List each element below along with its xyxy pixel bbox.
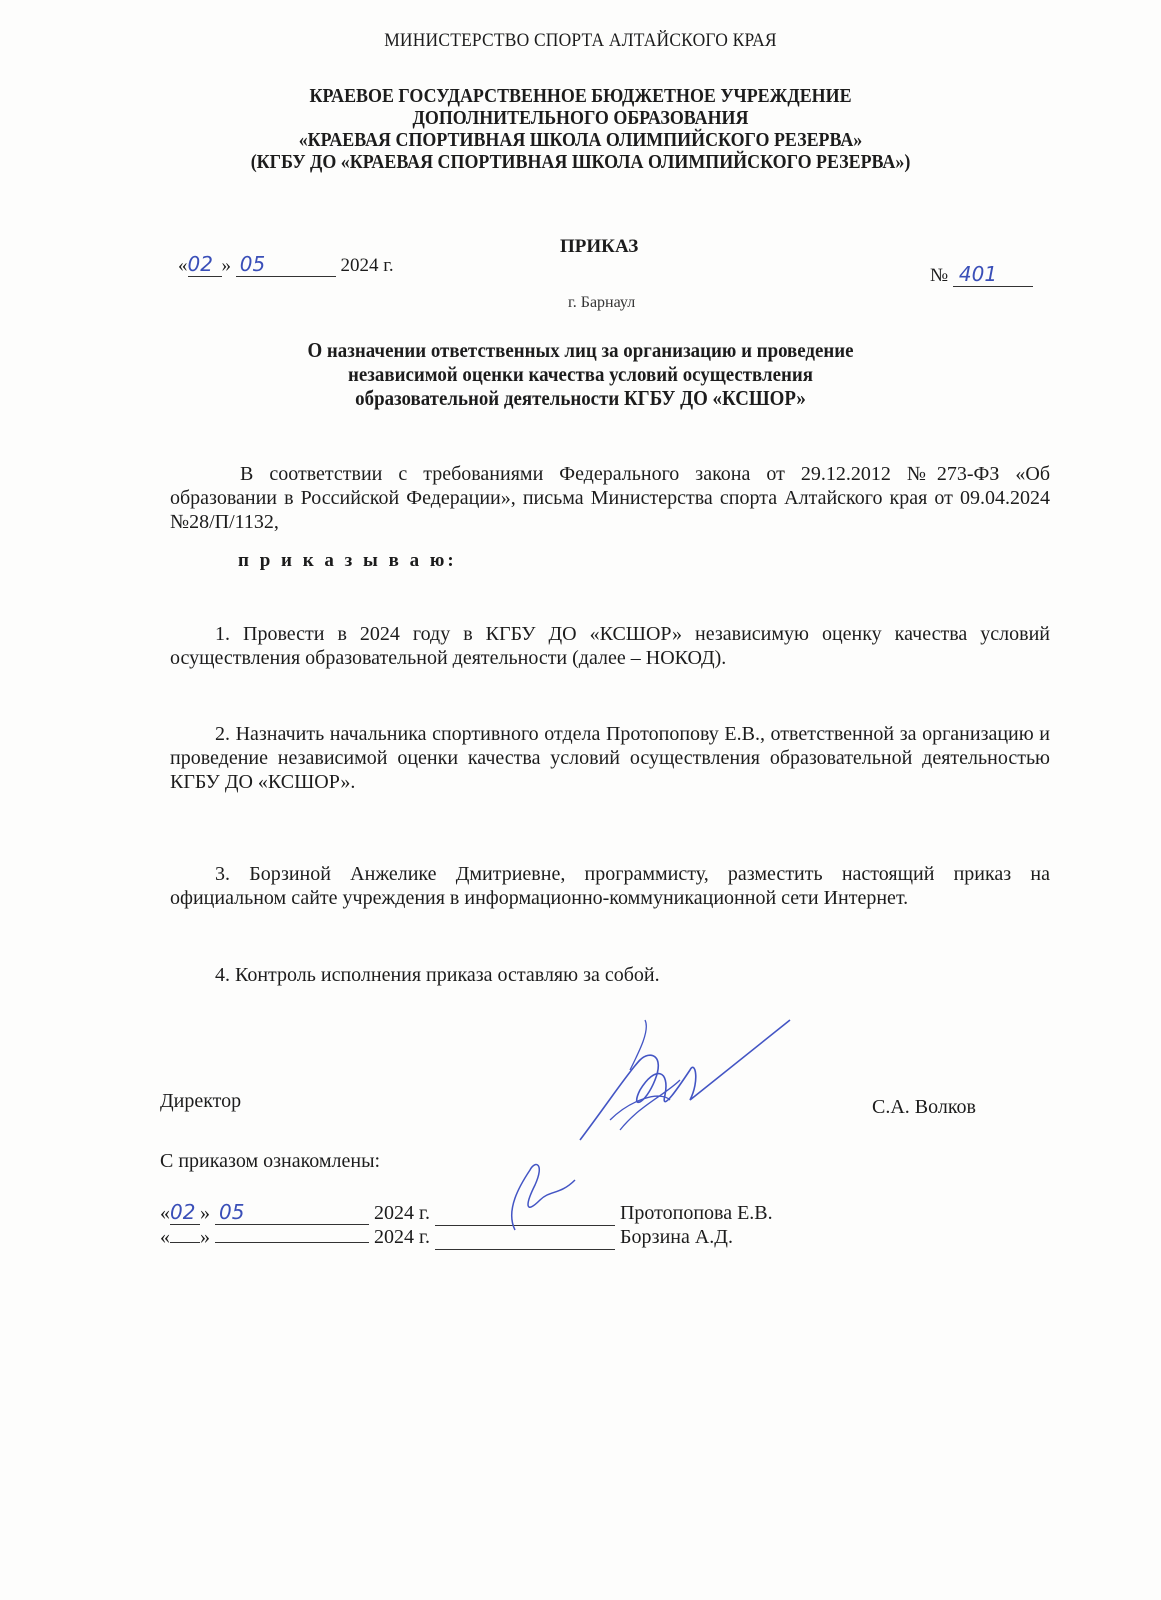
- signer-position: Директор: [160, 1090, 241, 1113]
- date-month: 05: [236, 252, 336, 277]
- order-number: № 401: [930, 262, 1033, 287]
- order-item-2: 2. Назначить начальника спортивного отде…: [170, 722, 1050, 794]
- order-date: «02» 05 2024 г.: [178, 252, 394, 277]
- acknowledgement-row: «02» 05 2024 г. Протопопова Е.В.: [160, 1200, 773, 1226]
- ack-signature-icon: [495, 1155, 585, 1235]
- ack-name: Борзина А.Д.: [620, 1226, 733, 1248]
- acknowledgement-label: С приказом ознакомлены:: [160, 1150, 380, 1173]
- ack-day: [170, 1242, 200, 1243]
- ack-name: Протопопова Е.В.: [620, 1202, 773, 1224]
- org-line: КРАЕВОЕ ГОСУДАРСТВЕННОЕ БЮДЖЕТНОЕ УЧРЕЖД…: [46, 86, 1114, 108]
- ack-day: 02: [170, 1200, 200, 1225]
- acknowledgement-row: «» 2024 г. Борзина А.Д.: [160, 1226, 733, 1250]
- director-signature-icon: [570, 1010, 810, 1150]
- city: г. Барнаул: [568, 294, 635, 312]
- document-type: ПРИКАЗ: [560, 236, 638, 258]
- ack-month: 05: [215, 1200, 369, 1225]
- date-year: 2024 г.: [341, 255, 394, 276]
- title-line: образовательной деятельности КГБУ ДО «КС…: [58, 386, 1103, 410]
- title-line: О назначении ответственных лиц за органи…: [58, 338, 1103, 362]
- signer-name: С.А. Волков: [872, 1096, 976, 1119]
- org-line: ДОПОЛНИТЕЛЬНОГО ОБРАЗОВАНИЯ: [46, 108, 1114, 130]
- order-word: п р и к а з ы в а ю:: [238, 550, 457, 572]
- number-value: 401: [953, 262, 1033, 287]
- intro-text: В соответствии с требованиями Федерально…: [170, 462, 1050, 534]
- intro-paragraph: В соответствии с требованиями Федерально…: [170, 462, 1050, 534]
- org-line: (КГБУ ДО «КРАЕВАЯ СПОРТИВНАЯ ШКОЛА ОЛИМП…: [46, 152, 1114, 174]
- order-item-1: 1. Провести в 2024 году в КГБУ ДО «КСШОР…: [170, 622, 1050, 670]
- organization-name: КРАЕВОЕ ГОСУДАРСТВЕННОЕ БЮДЖЕТНОЕ УЧРЕЖД…: [46, 86, 1114, 174]
- ministry-name: МИНИСТЕРСТВО СПОРТА АЛТАЙСКОГО КРАЯ: [46, 30, 1114, 52]
- order-item-3: 3. Борзиной Анжелике Дмитриевне, програм…: [170, 862, 1050, 910]
- org-line: «КРАЕВАЯ СПОРТИВНАЯ ШКОЛА ОЛИМПИЙСКОГО Р…: [46, 130, 1114, 152]
- ack-signature-line: [435, 1226, 615, 1250]
- order-title: О назначении ответственных лиц за органи…: [58, 338, 1103, 410]
- date-day: 02: [188, 252, 222, 277]
- ack-year: 2024 г.: [374, 1202, 430, 1224]
- title-line: независимой оценки качества условий осущ…: [58, 362, 1103, 386]
- order-item-4: 4. Контроль исполнения приказа оставляю …: [170, 963, 1050, 987]
- ack-year: 2024 г.: [374, 1226, 430, 1248]
- number-label: №: [930, 265, 948, 286]
- ack-month: [215, 1242, 369, 1243]
